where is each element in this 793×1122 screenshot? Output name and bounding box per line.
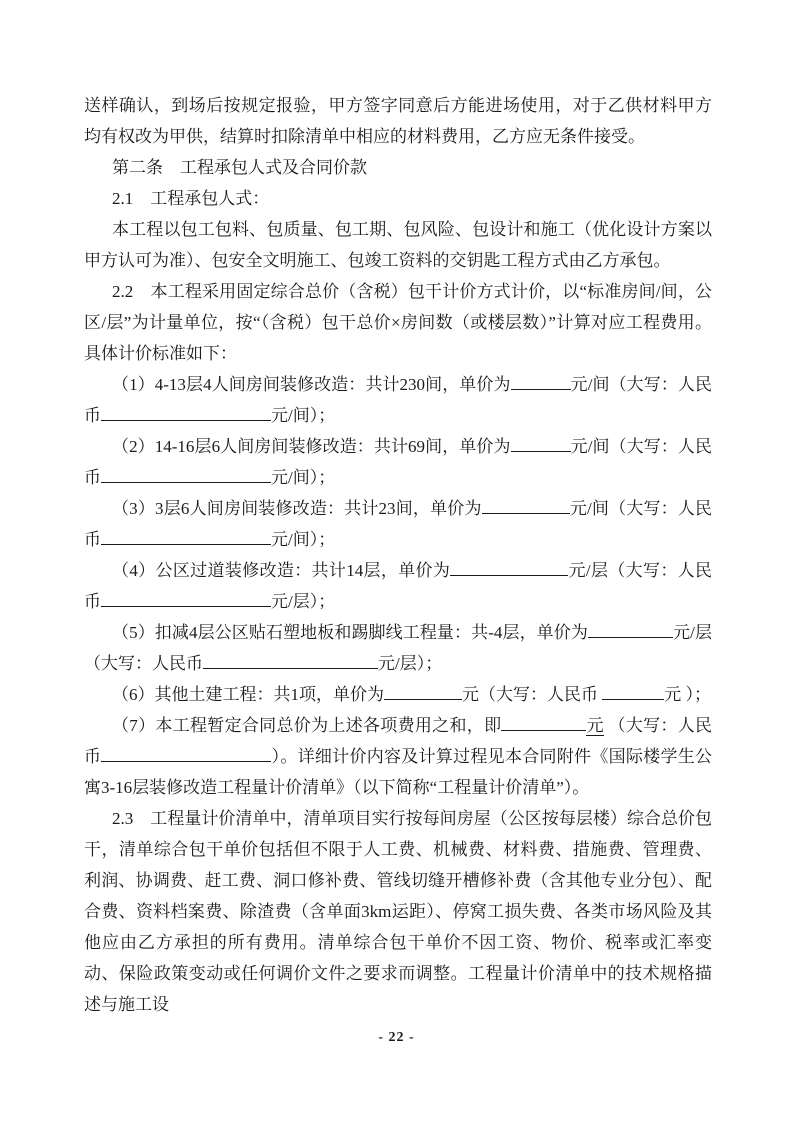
paragraph-text: 元/层）；	[378, 654, 442, 673]
paragraph-text: 本工程以包工包料、包质量、包工期、包风险、包设计和施工（优化设计方案以甲方认可为…	[84, 220, 712, 270]
paragraph-text: （2）14-16层6人间房间装修改造：共计69间，单价为	[112, 437, 511, 456]
paragraph-text: （6）其他土建工程：共1项，单价为	[112, 685, 384, 704]
fill-in-blank	[482, 496, 570, 514]
paragraph-text: 元（大写：人民币	[462, 685, 602, 704]
paragraph-text: （1）4-13层4人间房间装修改造：共计230间，单价为	[112, 375, 511, 394]
paragraph: （7）本工程暂定合同总价为上述各项费用之和，即元 （大写：人民币）。详细计价内容…	[84, 710, 712, 803]
fill-in-blank	[101, 589, 271, 607]
fill-in-blank	[203, 651, 378, 669]
paragraph-text: 送样确认，到场后按规定报验，甲方签字同意后方能进场使用，对于乙供材料甲方均有权改…	[84, 96, 712, 146]
document-page: 送样确认，到场后按规定报验，甲方签字同意后方能进场使用，对于乙供材料甲方均有权改…	[0, 0, 793, 1122]
paragraph-text: 2.1 工程承包人式：	[112, 189, 269, 208]
paragraph-text: 元/层）；	[271, 592, 335, 611]
paragraph-text: 元/间）；	[271, 468, 335, 487]
paragraph: （1）4-13层4人间房间装修改造：共计230间，单价为元/间（大写：人民币元/…	[84, 369, 712, 431]
paragraph: （5）扣减4层公区贴石塑地板和踢脚线工程量：共-4层，单价为元/层（大写：人民币…	[84, 617, 712, 679]
paragraph: （3）3层6人间房间装修改造：共计23间，单价为元/间（大写：人民币元/间）；	[84, 493, 712, 555]
paragraph: 2.2 本工程采用固定综合总价（含税）包干计价方式计价，以“标准房间/间，公区/…	[84, 276, 712, 369]
paragraph: 本工程以包工包料、包质量、包工期、包风险、包设计和施工（优化设计方案以甲方认可为…	[84, 214, 712, 276]
fill-in-blank	[588, 620, 673, 638]
fill-in-blank	[101, 403, 271, 421]
document-body: 送样确认，到场后按规定报验，甲方签字同意后方能进场使用，对于乙供材料甲方均有权改…	[84, 90, 712, 1020]
page-number: - 22 -	[0, 1030, 793, 1046]
fill-in-blank	[602, 682, 664, 700]
paragraph: （6）其他土建工程：共1项，单价为元（大写：人民币 元 ）；	[84, 679, 712, 710]
paragraph-text: （4）公区过道装修改造：共计14层，单价为	[112, 561, 450, 580]
paragraph-text: （3）3层6人间房间装修改造：共计23间，单价为	[112, 499, 482, 518]
paragraph: （2）14-16层6人间房间装修改造：共计69间，单价为元/间（大写：人民币元/…	[84, 431, 712, 493]
paragraph-text: （5）扣减4层公区贴石塑地板和踢脚线工程量：共-4层，单价为	[112, 623, 588, 642]
paragraph: 2.3 工程量计价清单中，清单项目实行按每间房屋（公区按每层楼）综合总价包干，清…	[84, 803, 712, 1020]
paragraph: 送样确认，到场后按规定报验，甲方签字同意后方能进场使用，对于乙供材料甲方均有权改…	[84, 90, 712, 152]
paragraph-text: 元 ）；	[664, 685, 711, 704]
fill-in-blank	[450, 558, 568, 576]
underlined-text: 元	[586, 716, 604, 736]
fill-in-blank	[501, 713, 586, 731]
fill-in-blank	[101, 465, 271, 483]
paragraph-text: 2.3 工程量计价清单中，清单项目实行按每间房屋（公区按每层楼）综合总价包干，清…	[84, 809, 712, 1014]
fill-in-blank	[384, 682, 462, 700]
paragraph-text: 第二条 工程承包人式及合同价款	[112, 158, 367, 177]
paragraph: （4）公区过道装修改造：共计14层，单价为元/层（大写：人民币元/层）；	[84, 555, 712, 617]
paragraph: 2.1 工程承包人式：	[84, 183, 712, 214]
paragraph-text: 2.2 本工程采用固定综合总价（含税）包干计价方式计价，以“标准房间/间，公区/…	[84, 282, 712, 363]
paragraph-text: 元/间）；	[271, 530, 335, 549]
fill-in-blank	[101, 744, 271, 762]
paragraph-text: 元/间）；	[271, 406, 335, 425]
fill-in-blank	[511, 434, 571, 452]
paragraph: 第二条 工程承包人式及合同价款	[84, 152, 712, 183]
paragraph-text: （7）本工程暂定合同总价为上述各项费用之和，即	[112, 716, 501, 735]
fill-in-blank	[511, 372, 571, 390]
fill-in-blank	[101, 527, 271, 545]
